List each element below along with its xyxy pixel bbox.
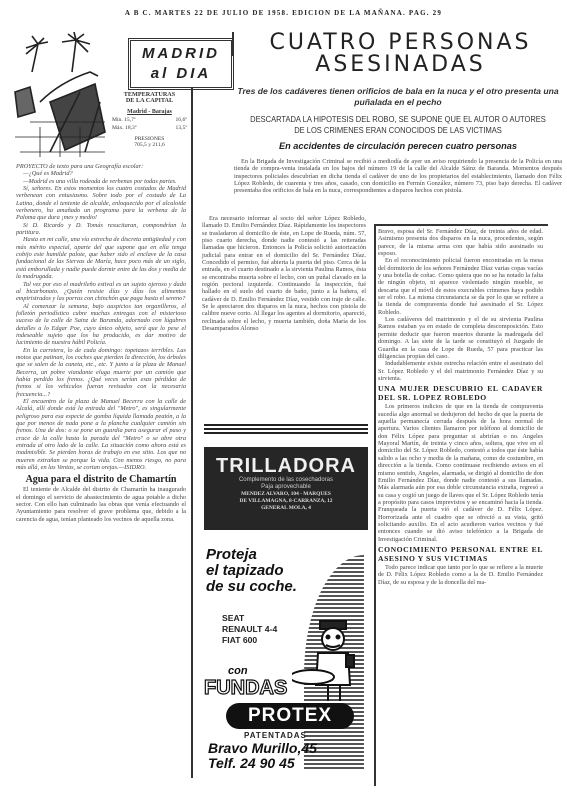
- temperatures-heading-2: DE LA CAPITAL: [112, 98, 187, 104]
- madrid-al-dia-column: PROYECTO de texto para una Geografía esc…: [16, 163, 186, 523]
- protex-phone: Telf. 24 90 45: [208, 756, 317, 771]
- article-right-column: Bravo, esposa del Sr. Fernández Díaz, de…: [378, 228, 543, 586]
- car-model: SEAT: [222, 613, 277, 624]
- section-heading-conocimiento: CONOCIMIENTO PERSONAL ENTRE EL ASESINO Y…: [378, 546, 543, 563]
- article-middle-column: Era necesario informar al socio del seño…: [202, 215, 366, 333]
- column-paragraph: Si D. Ricardo y D. Tomás resucitaran, co…: [16, 222, 186, 237]
- car-model: RENAULT 4-4: [222, 624, 277, 635]
- temperature-row-max: Máx. 18,3º 13,5º: [112, 125, 187, 131]
- column-paragraph: PROYECTO de texto para una Geografía esc…: [16, 163, 186, 170]
- protex-slogan: Proteja el tapizado de su coche.: [206, 547, 297, 595]
- temperature-value: 13,5º: [175, 125, 187, 131]
- article-subhead-1: Tres de los cadáveres tienen orificios d…: [232, 86, 564, 107]
- headline-left-rule: [232, 32, 234, 56]
- column-paragraph: El encuentro de la plaza de Manuel Becer…: [16, 398, 186, 471]
- protex-brand-logo: PROTEX: [226, 703, 354, 729]
- section-paragraph: Todo parece indicar que tanto por lo que…: [378, 564, 543, 586]
- right-paragraph: Bravo, esposa del Sr. Fernández Díaz, de…: [378, 228, 543, 257]
- madrid-al-dia-title-box: MADRID al DIA: [128, 38, 234, 90]
- temperature-row-min: Mín. 15,7º 16,6º: [112, 117, 187, 123]
- column-paragraph: Tal vez por eso el madrileño estival es …: [16, 281, 186, 303]
- article-lead: En la Brigada de Investigación Criminal …: [234, 158, 562, 195]
- section-heading-mujer: UNA MUJER DESCUBRIO EL CADAVER DEL SR. L…: [378, 385, 543, 402]
- middle-paragraph: Era necesario informar al socio del seño…: [202, 215, 366, 333]
- article-subhead-3: En accidentes de circulación perecen cua…: [232, 141, 564, 151]
- madrid-title-line1: MADRID: [131, 44, 231, 64]
- trilladora-line4: DE VILLAMAGNA, 8-CARRANZA, 12: [204, 498, 368, 505]
- right-paragraph: Los cadáveres del matrimonio y el de su …: [378, 316, 543, 360]
- slogan-line: el tapizado: [206, 563, 297, 579]
- protex-street: Bravo Murillo,45: [208, 741, 317, 756]
- section-paragraph: Los primeros indicios de que en la tiend…: [378, 403, 543, 543]
- trilladora-line2: Paja aprovechable: [204, 484, 368, 491]
- protex-fundas: FUNDAS: [204, 677, 287, 700]
- temperature-value: 16,6º: [175, 117, 187, 123]
- right-paragraph: En el reconocimiento policial fueron enc…: [378, 257, 543, 316]
- temperature-label: Máx. 18,3º: [112, 125, 137, 131]
- headline-line2: ASESINADAS: [238, 54, 563, 76]
- lead-paragraph: En la Brigada de Investigación Criminal …: [234, 158, 562, 195]
- column-paragraph: Al comenzar la semana, bajo auspicios ta…: [16, 303, 186, 347]
- column-paragraph: —Madrid es una villa rodeada de verbenas…: [16, 178, 186, 185]
- car-models: SEAT RENAULT 4-4 FIAT 600: [222, 613, 277, 646]
- column-paragraph: Sí, señores. En estos momentos los cuatr…: [16, 185, 186, 222]
- column-paragraph: Hasta en mi calle, una vía estrecha de d…: [16, 236, 186, 280]
- headline-line1: CUATRO PERSONAS: [238, 32, 563, 54]
- trilladora-line5: GENERAL MOLA, 4: [204, 505, 368, 512]
- column-paragraph: —¿Qué es Madrid?: [16, 170, 186, 177]
- slogan-line: Proteja: [206, 547, 297, 563]
- right-paragraph: Indudablemente existe estrecha relación …: [378, 360, 543, 382]
- temperatures-box: TEMPERATURAS DE LA CAPITAL Madrid - Bara…: [112, 92, 187, 148]
- madrid-title-line2: al DIA: [131, 64, 231, 84]
- car-model: FIAT 600: [222, 635, 277, 646]
- ad-separator-rules: [204, 424, 368, 436]
- trilladora-line3: MENDEZ ALVARO, 104 - MARQUES: [204, 491, 368, 498]
- beach-chair-illustration-icon: [10, 32, 110, 157]
- pressure-values: 705,5 y 211,6: [112, 142, 187, 148]
- temperatures-stations: Madrid - Barajas: [112, 109, 187, 115]
- agua-headline: Agua para el distrito de Chamartín: [16, 474, 186, 486]
- trilladora-ad: TRILLADORA Complemento de las cosechador…: [204, 447, 368, 530]
- column-divider: [191, 88, 193, 778]
- protex-ad: Proteja el tapizado de su coche. SEAT RE…: [204, 545, 368, 777]
- slogan-line: de su coche.: [206, 579, 297, 595]
- agua-text: El teniente de Alcalde del distrito de C…: [16, 486, 186, 523]
- temperature-label: Mín. 15,7º: [112, 117, 136, 123]
- protex-patentadas: PATENTADAS: [244, 731, 307, 740]
- column-paragraph: En la carretera, lo de cada domingo: top…: [16, 347, 186, 398]
- newspaper-masthead: A B C. MARTES 22 DE JULIO DE 1958. EDICI…: [0, 9, 567, 17]
- protex-con: con: [228, 665, 248, 677]
- mechanic-mascot-icon: [292, 615, 362, 705]
- article-headline: CUATRO PERSONAS ASESINADAS: [238, 32, 563, 76]
- trilladora-line1: Complemento de las cosechadoras: [204, 477, 368, 484]
- article-subhead-2: DESCARTADA LA HIPOTESIS DEL ROBO, SE SUP…: [245, 115, 550, 136]
- trilladora-title: TRILLADORA: [204, 455, 368, 477]
- protex-address: Bravo Murillo,45 Telf. 24 90 45: [208, 741, 317, 771]
